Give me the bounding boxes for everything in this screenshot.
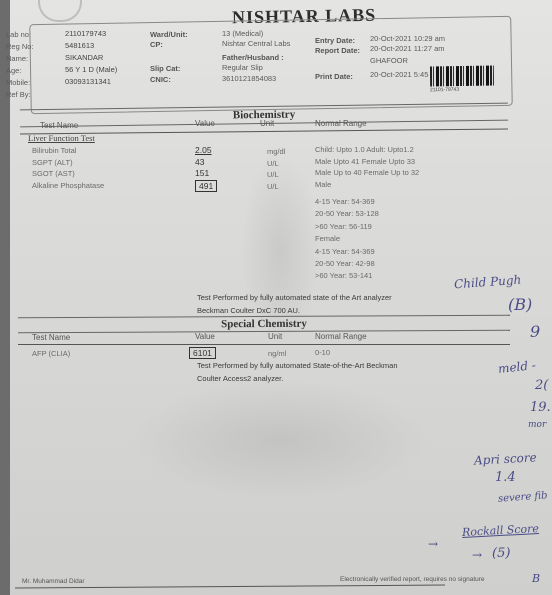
special-chemistry-title: Special Chemistry xyxy=(221,318,307,330)
patient-field-label: Reg No: xyxy=(6,42,34,51)
hand-meld-note: mor xyxy=(528,420,546,430)
bio-test-unit: U/L xyxy=(267,170,279,179)
sc-test-unit: ng/ml xyxy=(268,349,286,358)
group-liver-function-test: Liver Function Test xyxy=(28,133,95,143)
info-field-value: Nishtar Central Labs xyxy=(222,39,290,48)
col-value: Value xyxy=(195,119,215,128)
hand-meld-val1: 2( xyxy=(535,378,548,393)
date-field-value: 20-Oct-2021 10:29 am xyxy=(370,34,445,43)
footer-signatory: Mr. Muhammad Didar xyxy=(22,578,85,585)
patient-field-label: Age: xyxy=(6,66,21,75)
hand-bottom: B xyxy=(532,572,540,585)
barcode-number: 21101-79743 xyxy=(430,87,459,94)
patient-field-label: Name: xyxy=(6,54,28,63)
hand-apri-val: 1.4 xyxy=(495,470,516,485)
col-test-name: Test Name xyxy=(40,121,78,130)
patient-field-label: Lab no: xyxy=(6,30,31,39)
hand-rockall: Rockall Score xyxy=(462,522,539,539)
sc-test-name: AFP (CLIA) xyxy=(32,349,70,358)
date-field-label: Print Date: xyxy=(315,72,353,81)
date-field-label: Entry Date: xyxy=(315,36,355,45)
hand-rockall-val: (5) xyxy=(492,546,510,561)
date-field-value: 20-Oct-2021 11:27 am xyxy=(370,44,445,53)
bio-note-2: Beckman Coulter DxC 700 AU. xyxy=(197,306,300,315)
patient-field-value: 5481613 xyxy=(65,41,94,50)
alp-range-line: 20-50 Year: 53-128 xyxy=(315,209,379,218)
alp-range-line: 4-15 Year: 54-369 xyxy=(315,197,375,206)
sc-note-2: Coulter Access2 analyzer. xyxy=(197,374,283,383)
patient-field-label: Mobile: xyxy=(6,78,30,87)
hand-apri-note: severe fib xyxy=(498,490,548,504)
bio-test-name: Bilirubin Total xyxy=(32,146,76,155)
footer-verified-note: Electronically verified report, requires… xyxy=(340,576,485,583)
date-field-label: Report Date: xyxy=(315,46,360,55)
bio-test-name: Alkaline Phosphatase xyxy=(32,181,104,190)
special-chemistry-header: Special Chemistry xyxy=(18,315,510,334)
col-normal-range: Normal Range xyxy=(315,119,367,128)
sc-test-range: 0-10 xyxy=(315,348,330,357)
patient-field-label: Ref By: xyxy=(6,90,31,99)
hand-class-b: (B) xyxy=(508,295,532,314)
sc-col-normal-range: Normal Range xyxy=(315,332,367,341)
hand-apri: Apri score xyxy=(474,450,537,467)
alp-range-line: 20-50 Year: 42-98 xyxy=(315,259,375,268)
sc-col-unit: Unit xyxy=(268,332,282,341)
bio-test-range: Male Upto 41 Female Upto 33 xyxy=(315,157,415,166)
bio-test-name: SGOT (AST) xyxy=(32,169,75,178)
bio-note-1: Test Performed by fully automated state … xyxy=(197,293,392,302)
bio-test-unit: U/L xyxy=(267,159,279,168)
bio-test-range: Male Up to 40 Female Up to 32 xyxy=(315,168,419,177)
bio-test-unit: U/L xyxy=(267,182,279,191)
bio-test-value: 2.05 xyxy=(195,145,212,155)
hand-child-pugh: Child Pugh xyxy=(454,273,522,292)
bio-test-name: SGPT (ALT) xyxy=(32,158,73,167)
info-field-value: Father/Husband : xyxy=(222,53,284,62)
info-field-label: Ward/Unit: xyxy=(150,30,188,39)
sc-col-value: Value xyxy=(195,332,215,341)
lab-report-paper: NISHTAR LABS Lab no:2110179743Reg No:548… xyxy=(10,0,552,595)
patient-field-value: 56 Y 1 D (Male) xyxy=(65,65,117,74)
info-field-label: CNIC: xyxy=(150,75,171,84)
bio-test-range: Male xyxy=(315,180,331,189)
hand-score: 9 xyxy=(530,322,540,341)
info-field-value: 3610121854083 xyxy=(222,74,276,83)
bio-test-value: 491 xyxy=(195,180,217,192)
lab-logo xyxy=(38,0,82,22)
bio-test-value: 151 xyxy=(195,168,209,178)
hand-meld-val2: 19. xyxy=(530,400,551,415)
alp-range-line: 4-15 Year: 54-369 xyxy=(315,247,375,256)
sc-col-test-name: Test Name xyxy=(32,333,70,342)
alp-range-line: >60 Year: 56-119 xyxy=(315,222,372,231)
info-field-value: 13 (Medical) xyxy=(222,29,263,38)
bio-test-range: Child: Upto 1.0 Adult: Upto1.2 xyxy=(315,145,414,154)
patient-field-value: 2110179743 xyxy=(65,29,106,38)
barcode xyxy=(430,65,494,86)
alp-range-line: >60 Year: 53-141 xyxy=(315,271,372,280)
sc-test-value: 6101 xyxy=(189,347,216,359)
col-unit: Unit xyxy=(260,119,274,128)
info-field-label: CP: xyxy=(150,40,163,49)
sc-note-1: Test Performed by fully automated State-… xyxy=(197,361,398,370)
bio-test-unit: mg/dl xyxy=(267,147,285,156)
alp-range-line: Female xyxy=(315,234,340,243)
date-field-value: GHAFOOR xyxy=(370,56,408,65)
patient-field-value: SIKANDAR xyxy=(65,53,103,62)
patient-field-value: 03093131341 xyxy=(65,77,111,86)
info-field-value: Regular Slip xyxy=(222,63,263,72)
hand-arrow-1: → xyxy=(428,537,438,551)
hand-meld: meld - xyxy=(497,358,536,376)
bio-test-value: 43 xyxy=(195,157,204,167)
info-field-label: Slip Cat: xyxy=(150,64,180,73)
hand-arrow-2: → xyxy=(472,548,482,562)
